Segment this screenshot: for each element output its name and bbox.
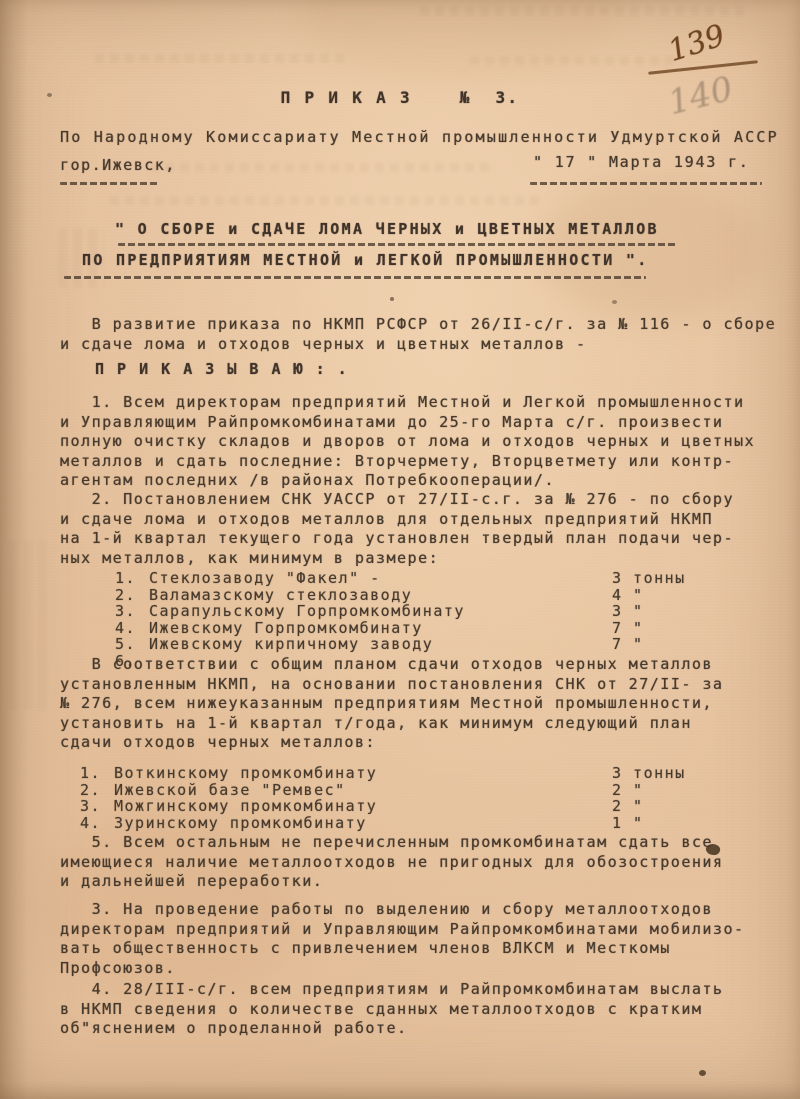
order-heading: П Р И К А З № 3.	[0, 88, 800, 108]
quota-row: 3.Можгинскому промкомбинату2 "	[80, 798, 780, 815]
preamble-paragraph: В развитие приказа по НКМП РСФСР от 26/I…	[60, 315, 784, 354]
quota-row: 2.Ижевской базе "Ремвес"2 "	[80, 782, 780, 799]
paper-stain	[540, 180, 760, 320]
row-number: 3.	[115, 603, 149, 620]
enterprise-name: Можгинскому промкомбинату	[114, 797, 377, 815]
item-1-paragraph: 1. Всем директорам предприятий Местной и…	[60, 393, 784, 491]
quota-row: 3.Сарапульскому Горпромкомбинату3 "	[115, 603, 775, 620]
date-line: " 17 " Марта 1943 г.	[533, 153, 750, 173]
typed-rule	[64, 276, 646, 279]
quota-row: 1.Стеклозаводу "Факел" -3 тонны	[115, 570, 775, 587]
quota-row: 4.Зуринскому промкомбинату1 "	[80, 815, 780, 832]
enterprise-name: Ижевскому кирпичному заводу	[149, 635, 433, 653]
bleedthrough-text	[95, 54, 345, 63]
enterprise-name: Сарапульскому Горпромкомбинату	[149, 602, 465, 620]
enterprise-name: Зуринскому промкомбинату	[114, 814, 367, 832]
row-number: 4.	[80, 815, 114, 832]
enterprise-name: Стеклозаводу "Факел" -	[149, 569, 381, 587]
bleedthrough-text	[420, 6, 750, 16]
subject-line-2: ПО ПРЕДПРИЯТИЯМ МЕСТНОЙ и ЛЕГКОЙ ПРОМЫШЛ…	[82, 251, 649, 271]
quota-plan-intro-paragraph: В соответствии с общим планом сдачи отхо…	[60, 655, 784, 753]
handwritten-underline	[648, 60, 758, 74]
row-number: 2.	[80, 782, 114, 799]
quota-value: 2 "	[612, 798, 644, 815]
typed-rule	[118, 243, 676, 246]
enterprise-name: Ижевской базе "Ремвес"	[114, 781, 346, 799]
item-4-paragraph: 4. 28/III-с/г. всем предприятиям и Райпр…	[60, 980, 784, 1039]
quota-row: 2.Валамазскому стеклозаводу4 "	[115, 587, 775, 604]
quota-value: 3 тонны	[612, 765, 686, 782]
row-number: 1.	[80, 765, 114, 782]
quota-value: 2 "	[612, 782, 644, 799]
subject-line-1: " О СБОРЕ и СДАЧЕ ЛОМА ЧЕРНЫХ и ЦВЕТНЫХ …	[115, 220, 659, 240]
row-number: 5.	[115, 636, 149, 653]
quota-row: 5.Ижевскому кирпичному заводу7 "	[115, 636, 775, 653]
quota-list-kombinats: 1.Воткинскому промкомбинату3 тонны 2.Иже…	[80, 765, 780, 831]
row-number: 1.	[115, 570, 149, 587]
item-5-paragraph: 5. Всем остальным не перечисленным промк…	[60, 833, 784, 892]
bleedthrough-text	[470, 56, 680, 65]
quota-value: 3 "	[612, 603, 644, 620]
quota-row: 4.Ижевскому Горпромкомбинату7 "	[115, 620, 775, 637]
typed-rule	[60, 182, 160, 185]
order-word: П Р И К А З Ы В А Ю : .	[95, 360, 349, 380]
bleedthrough-text	[110, 196, 540, 205]
enterprise-name: Воткинскому промкомбинату	[114, 764, 377, 782]
item-2-paragraph: 2. Постановлением СНК УАССР от 27/II-с.г…	[60, 490, 784, 568]
paper-stain	[300, 0, 620, 80]
ink-blot	[699, 1070, 706, 1076]
quota-value: 4 "	[612, 587, 644, 604]
quota-value: 7 "	[612, 620, 644, 637]
quota-value: 7 "	[612, 636, 644, 653]
ink-blot	[612, 300, 617, 304]
row-number: 4.	[115, 620, 149, 637]
issuer-line: По Народному Комиссариату Местной промыш…	[60, 128, 779, 148]
bleedthrough-text	[150, 163, 490, 172]
typed-rule	[530, 182, 762, 185]
city-line: гор.Ижевск,	[60, 156, 176, 176]
handwritten-folio-number: 139	[664, 18, 729, 69]
quota-row: 1.Воткинскому промкомбинату3 тонны	[80, 765, 780, 782]
item-3-paragraph: 3. На проведение работы по выделению и с…	[60, 900, 784, 978]
enterprise-name: Ижевскому Горпромкомбинату	[149, 619, 423, 637]
scanned-document-page: 139 140 П Р И К А З № 3. По Народному Ко…	[0, 0, 800, 1099]
ink-blot	[390, 297, 394, 301]
bleedthrough-text	[8, 540, 52, 710]
row-number: 3.	[80, 798, 114, 815]
row-number: 2.	[115, 587, 149, 604]
quota-value: 3 тонны	[612, 570, 686, 587]
enterprise-name: Валамазскому стеклозаводу	[149, 586, 412, 604]
quota-value: 1 "	[612, 815, 644, 832]
